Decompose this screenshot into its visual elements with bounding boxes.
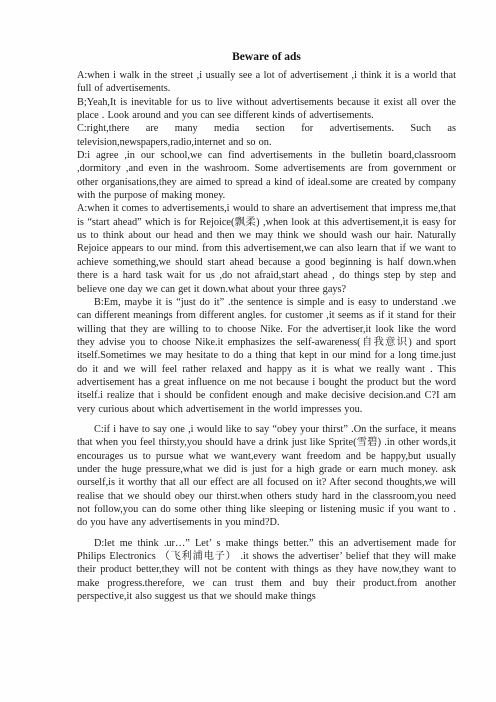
paragraph-b2: B:Em, maybe it is “just do it” .the sent… — [77, 296, 456, 416]
page-title: Beware of ads — [77, 50, 456, 64]
paragraph-a1: A:when i walk in the street ,i usually s… — [77, 69, 456, 96]
paragraph-b1: B;Yeah,It is inevitable for us to live w… — [77, 96, 456, 123]
paragraph-a2: A:when it comes to advertisements,i woul… — [77, 202, 456, 295]
paragraph-c1: C:right,there are many media section for… — [77, 122, 456, 149]
paragraph-d2: D:let me think .ur…” Let’ s make things … — [77, 537, 456, 604]
document-page: Beware of ads A:when i walk in the stree… — [0, 0, 496, 702]
paragraph-d1: D:i agree ,in our school,we can find adv… — [77, 149, 456, 202]
paragraph-c2: C:if i have to say one ,i would like to … — [77, 423, 456, 530]
